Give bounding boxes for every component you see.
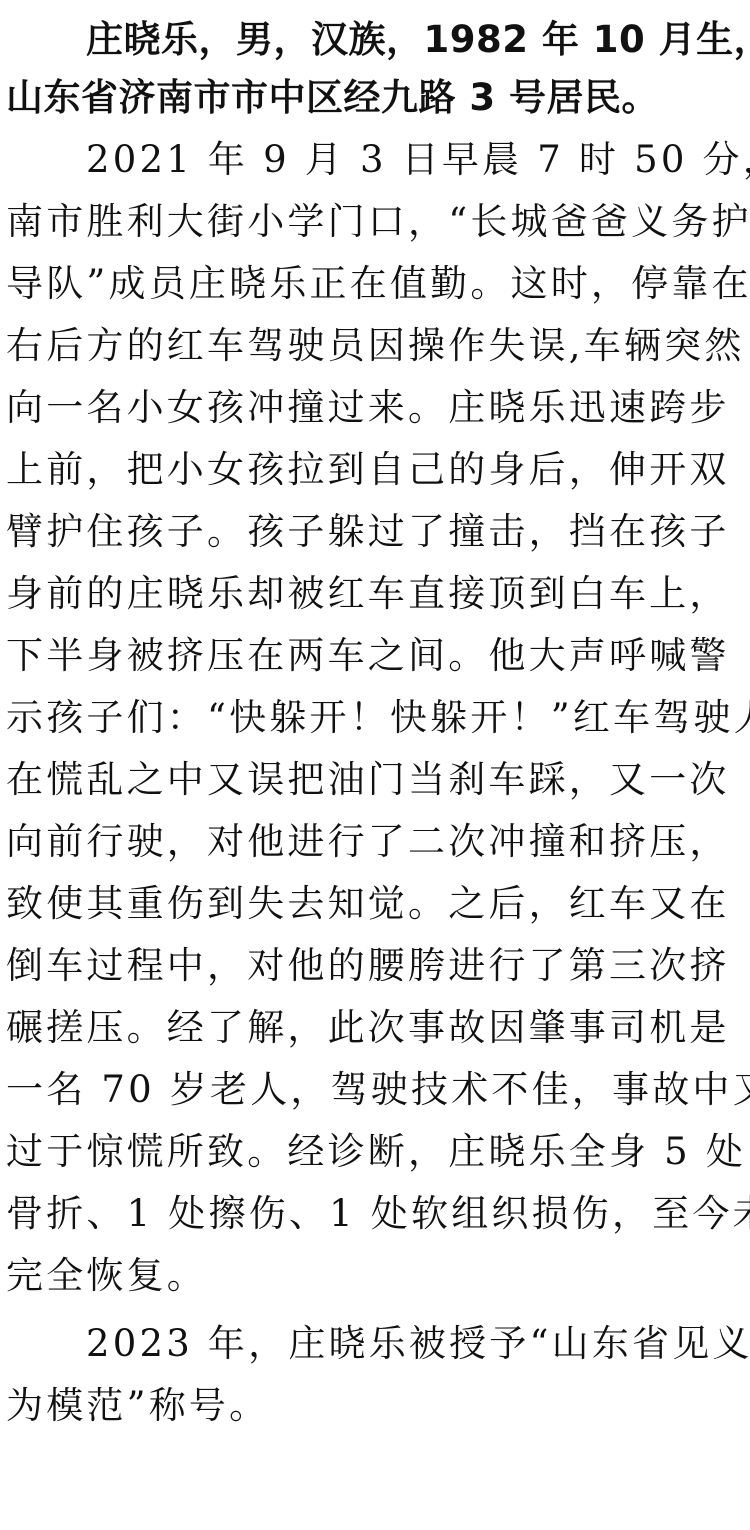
incident-line-9: 下半身被挤压在两车之间。他大声呼喊警 [6,626,746,686]
intro-line-1: 庄晓乐，男，汉族，1982 年 10 月生， [86,10,746,70]
incident-line-14: 倒车过程中，对他的腰胯进行了第三次挤 [6,936,746,996]
incident-line-3: 导队”成员庄晓乐正在值勤。这时，停靠在 [6,254,746,314]
award-line-2: 为模范”称号。 [6,1376,746,1436]
incident-line-15: 碾搓压。经了解，此次事故因肇事司机是 [6,998,746,1058]
incident-line-18: 骨折、1 处擦伤、1 处软组织损伤，至今未 [6,1184,746,1244]
award-line-1: 2023 年，庄晓乐被授予“山东省见义勇 [86,1314,746,1374]
incident-line-12: 向前行驶，对他进行了二次冲撞和挤压， [6,812,746,872]
incident-line-17: 过于惊慌所致。经诊断，庄晓乐全身 5 处 [6,1122,746,1182]
incident-line-6: 上前，把小女孩拉到自己的身后，伸开双 [6,440,746,500]
incident-line-2: 南市胜利大街小学门口，“长城爸爸义务护 [6,192,746,252]
incident-line-8: 身前的庄晓乐却被红车直接顶到白车上， [6,564,746,624]
incident-line-10: 示孩子们：“快躲开！快躲开！”红车驾驶人 [6,688,746,748]
incident-line-16: 一名 70 岁老人，驾驶技术不佳，事故中又 [6,1060,746,1120]
incident-line-7: 臂护住孩子。孩子躲过了撞击，挡在孩子 [6,502,746,562]
incident-line-4: 右后方的红车驾驶员因操作失误,车辆突然 [6,316,746,376]
intro-line-2: 山东省济南市市中区经九路 3 号居民。 [6,68,746,128]
incident-line-11: 在慌乱之中又误把油门当刹车踩，又一次 [6,750,746,810]
incident-line-5: 向一名小女孩冲撞过来。庄晓乐迅速跨步 [6,378,746,438]
incident-line-19: 完全恢复。 [6,1246,746,1306]
document-page: 庄晓乐，男，汉族，1982 年 10 月生， 山东省济南市市中区经九路 3 号居… [0,0,750,1530]
incident-line-13: 致使其重伤到失去知觉。之后，红车又在 [6,874,746,934]
incident-line-1: 2021 年 9 月 3 日早晨 7 时 50 分，在济 [86,130,746,190]
